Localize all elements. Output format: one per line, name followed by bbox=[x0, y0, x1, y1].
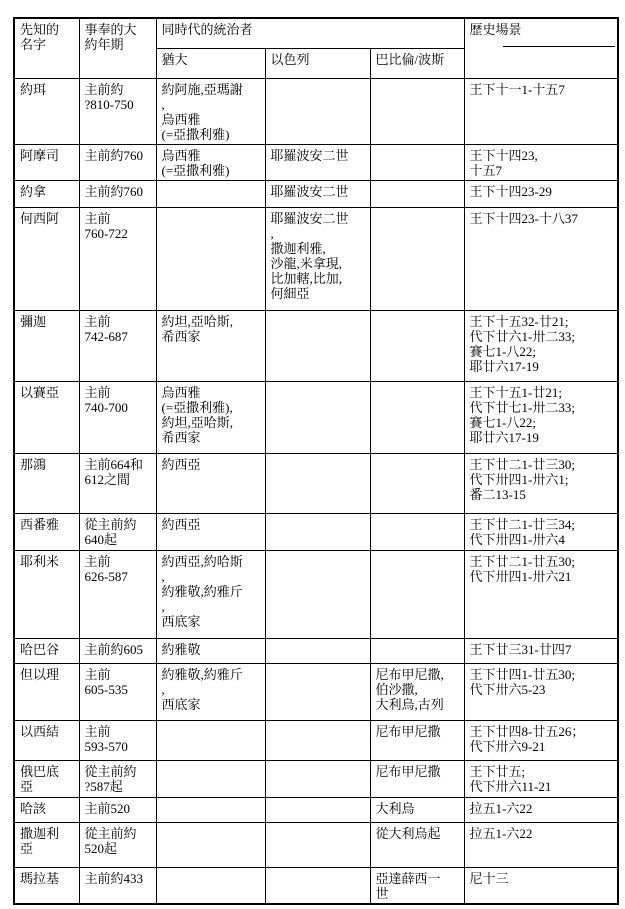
table-row: 彌迦 主前 742-687 約坦,亞哈斯, 希西家 王下十五32-廿21; 代下… bbox=[14, 310, 618, 381]
col-header-israel: 以色列 bbox=[265, 48, 370, 78]
cell-ruler-judah: 約西亞 bbox=[156, 453, 265, 513]
cell-ruler-judah: 約雅敬,約雅斤 , 西底家 bbox=[156, 663, 265, 720]
cell-history: 拉五1-六22 bbox=[464, 797, 618, 822]
cell-history: 拉五1-六22 bbox=[464, 822, 618, 867]
cell-ruler-israel bbox=[265, 513, 370, 550]
table-row: 撒迦利 亞 從主前約 520起 從大利烏起 拉五1-六22 bbox=[14, 822, 618, 867]
cell-history: 王下十四23, 十五7 bbox=[464, 144, 618, 180]
col-header-rulers-group: 同時代的統治者 bbox=[156, 18, 464, 48]
table-row: 何西阿 主前 760-722 耶羅波安二世 , 撒迦利雅, 沙龍,米拿現, 比加… bbox=[14, 207, 618, 310]
cell-ruler-judah bbox=[156, 867, 265, 904]
table-row: 耶利米 主前 626-587 約西亞,約哈斯 , 約雅敬,約雅斤 , 西底家 王… bbox=[14, 550, 618, 638]
cell-prophet-name: 阿摩司 bbox=[14, 144, 79, 180]
cell-history: 王下廿二1-廿三30; 代下卅四1-卅六1; 番二13-15 bbox=[464, 453, 618, 513]
cell-ruler-israel: 耶羅波安二世 , 撒迦利雅, 沙龍,米拿現, 比加轄,比加, 何細亞 bbox=[265, 207, 370, 310]
col-header-history: 歷史場景 bbox=[464, 18, 618, 78]
cell-ruler-babylon-persia bbox=[370, 513, 464, 550]
cell-history: 王下廿二1-廿三34; 代下卅四1-卅六4 bbox=[464, 513, 618, 550]
col-header-judah: 猶大 bbox=[156, 48, 265, 78]
table-row: 哈該 主前520 大利烏 拉五1-六22 bbox=[14, 797, 618, 822]
cell-history: 王下十四23-29 bbox=[464, 180, 618, 207]
cell-ruler-babylon-persia bbox=[370, 144, 464, 180]
header-cell-border-artifact bbox=[503, 46, 615, 47]
cell-ruler-babylon-persia bbox=[370, 453, 464, 513]
cell-ruler-israel bbox=[265, 453, 370, 513]
cell-period: 主前約760 bbox=[79, 180, 156, 207]
cell-prophet-name: 俄巴底 亞 bbox=[14, 760, 79, 797]
cell-ruler-judah: 烏西雅 (=亞撒利雅), 約坦,亞哈斯, 希西家 bbox=[156, 381, 265, 453]
cell-ruler-babylon-persia: 大利烏 bbox=[370, 797, 464, 822]
cell-period: 主前 605-535 bbox=[79, 663, 156, 720]
cell-history: 王下廿二1-廿五30; 代下卅四1-卅六21 bbox=[464, 550, 618, 638]
cell-period: 主前 626-587 bbox=[79, 550, 156, 638]
cell-ruler-judah bbox=[156, 797, 265, 822]
cell-period: 從主前約 520起 bbox=[79, 822, 156, 867]
table-row: 約珥 主前約 ?810-750 約阿施,亞瑪謝 , 烏西雅 (=亞撒利雅) 王下… bbox=[14, 78, 618, 144]
cell-prophet-name: 彌迦 bbox=[14, 310, 79, 381]
prophets-table-container: 先知的 名字 事奉的大 約年期 同時代的統治者 歷史場景 猶大 以色列 巴比倫/… bbox=[13, 17, 619, 905]
cell-ruler-israel bbox=[265, 720, 370, 760]
cell-period: 主前 740-700 bbox=[79, 381, 156, 453]
page: { "colors": { "background": "#ffffff", "… bbox=[0, 0, 625, 909]
cell-ruler-babylon-persia: 尼布甲尼撒, 伯沙撒, 大利烏,古列 bbox=[370, 663, 464, 720]
col-header-period: 事奉的大 約年期 bbox=[79, 18, 156, 78]
cell-history: 王下廿四8-廿五26； 代下卅六9-21 bbox=[464, 720, 618, 760]
cell-ruler-babylon-persia: 從大利烏起 bbox=[370, 822, 464, 867]
cell-ruler-judah: 約雅敬 bbox=[156, 638, 265, 663]
col-header-babylon-persia: 巴比倫/波斯 bbox=[370, 48, 464, 78]
cell-prophet-name: 以賽亞 bbox=[14, 381, 79, 453]
header-row-1: 先知的 名字 事奉的大 約年期 同時代的統治者 歷史場景 bbox=[14, 18, 618, 48]
cell-period: 主前520 bbox=[79, 797, 156, 822]
cell-history: 王下廿三31-廿四7 bbox=[464, 638, 618, 663]
cell-ruler-israel bbox=[265, 550, 370, 638]
cell-period: 主前 593-570 bbox=[79, 720, 156, 760]
cell-ruler-babylon-persia bbox=[370, 207, 464, 310]
cell-ruler-israel bbox=[265, 381, 370, 453]
cell-prophet-name: 以西結 bbox=[14, 720, 79, 760]
table-row: 以賽亞 主前 740-700 烏西雅 (=亞撒利雅), 約坦,亞哈斯, 希西家 … bbox=[14, 381, 618, 453]
table-row: 那鴻 主前664和 612之間 約西亞 王下廿二1-廿三30; 代下卅四1-卅六… bbox=[14, 453, 618, 513]
cell-ruler-babylon-persia bbox=[370, 638, 464, 663]
cell-history: 王下廿五; 代下卅六11-21 bbox=[464, 760, 618, 797]
cell-ruler-israel bbox=[265, 760, 370, 797]
col-header-prophet-name: 先知的 名字 bbox=[14, 18, 79, 78]
table-row: 約拿 主前約760 耶羅波安二世 王下十四23-29 bbox=[14, 180, 618, 207]
cell-ruler-judah bbox=[156, 180, 265, 207]
cell-history: 王下十一1-十五7 bbox=[464, 78, 618, 144]
cell-prophet-name: 約珥 bbox=[14, 78, 79, 144]
cell-prophet-name: 西番雅 bbox=[14, 513, 79, 550]
cell-ruler-israel bbox=[265, 663, 370, 720]
cell-ruler-babylon-persia bbox=[370, 78, 464, 144]
cell-ruler-israel bbox=[265, 867, 370, 904]
cell-ruler-judah: 約西亞,約哈斯 , 約雅敬,約雅斤 , 西底家 bbox=[156, 550, 265, 638]
table-row: 阿摩司 主前約760 烏西雅 (=亞撒利雅) 耶羅波安二世 王下十四23, 十五… bbox=[14, 144, 618, 180]
cell-ruler-israel bbox=[265, 638, 370, 663]
cell-ruler-judah bbox=[156, 207, 265, 310]
cell-ruler-judah bbox=[156, 760, 265, 797]
table-row: 但以理 主前 605-535 約雅敬,約雅斤 , 西底家 尼布甲尼撒, 伯沙撒,… bbox=[14, 663, 618, 720]
cell-period: 主前約433 bbox=[79, 867, 156, 904]
table-body: 約珥 主前約 ?810-750 約阿施,亞瑪謝 , 烏西雅 (=亞撒利雅) 王下… bbox=[14, 78, 618, 904]
table-row: 以西結 主前 593-570 尼布甲尼撒 王下廿四8-廿五26； 代下卅六9-2… bbox=[14, 720, 618, 760]
table-row: 瑪拉基 主前約433 亞達薛西一 世 尼十三 bbox=[14, 867, 618, 904]
cell-period: 主前 742-687 bbox=[79, 310, 156, 381]
cell-prophet-name: 何西阿 bbox=[14, 207, 79, 310]
cell-ruler-israel: 耶羅波安二世 bbox=[265, 144, 370, 180]
cell-ruler-judah: 約西亞 bbox=[156, 513, 265, 550]
cell-ruler-judah: 約阿施,亞瑪謝 , 烏西雅 (=亞撒利雅) bbox=[156, 78, 265, 144]
cell-ruler-babylon-persia bbox=[370, 180, 464, 207]
table-row: 俄巴底 亞 從主前約 ?587起 尼布甲尼撒 王下廿五; 代下卅六11-21 bbox=[14, 760, 618, 797]
cell-ruler-judah bbox=[156, 822, 265, 867]
cell-period: 從主前約 640起 bbox=[79, 513, 156, 550]
cell-prophet-name: 但以理 bbox=[14, 663, 79, 720]
cell-period: 主前約 ?810-750 bbox=[79, 78, 156, 144]
cell-prophet-name: 撒迦利 亞 bbox=[14, 822, 79, 867]
cell-prophet-name: 約拿 bbox=[14, 180, 79, 207]
cell-ruler-babylon-persia: 尼布甲尼撒 bbox=[370, 760, 464, 797]
table-header: 先知的 名字 事奉的大 約年期 同時代的統治者 歷史場景 猶大 以色列 巴比倫/… bbox=[14, 18, 618, 78]
cell-ruler-babylon-persia bbox=[370, 310, 464, 381]
prophets-table: 先知的 名字 事奉的大 約年期 同時代的統治者 歷史場景 猶大 以色列 巴比倫/… bbox=[13, 17, 619, 905]
table-row: 西番雅 從主前約 640起 約西亞 王下廿二1-廿三34; 代下卅四1-卅六4 bbox=[14, 513, 618, 550]
cell-ruler-babylon-persia bbox=[370, 381, 464, 453]
cell-prophet-name: 哈該 bbox=[14, 797, 79, 822]
cell-period: 主前664和 612之間 bbox=[79, 453, 156, 513]
cell-prophet-name: 哈巴谷 bbox=[14, 638, 79, 663]
cell-period: 主前 760-722 bbox=[79, 207, 156, 310]
cell-ruler-israel bbox=[265, 78, 370, 144]
cell-prophet-name: 瑪拉基 bbox=[14, 867, 79, 904]
cell-ruler-israel bbox=[265, 310, 370, 381]
cell-history: 王下十五32-廿21; 代下廿六1-卅二33; 賽七1-八22; 耶廿六17-1… bbox=[464, 310, 618, 381]
cell-ruler-babylon-persia: 亞達薛西一 世 bbox=[370, 867, 464, 904]
cell-ruler-babylon-persia bbox=[370, 550, 464, 638]
cell-ruler-judah: 約坦,亞哈斯, 希西家 bbox=[156, 310, 265, 381]
cell-prophet-name: 耶利米 bbox=[14, 550, 79, 638]
cell-ruler-israel bbox=[265, 797, 370, 822]
cell-ruler-israel: 耶羅波安二世 bbox=[265, 180, 370, 207]
cell-history: 尼十三 bbox=[464, 867, 618, 904]
cell-prophet-name: 那鴻 bbox=[14, 453, 79, 513]
cell-history: 王下十五1-廿21; 代下廿七1-卅二33; 賽七1-八22; 耶廿六17-19 bbox=[464, 381, 618, 453]
cell-ruler-judah bbox=[156, 720, 265, 760]
cell-period: 主前約605 bbox=[79, 638, 156, 663]
cell-ruler-babylon-persia: 尼布甲尼撒 bbox=[370, 720, 464, 760]
cell-ruler-israel bbox=[265, 822, 370, 867]
cell-history: 王下廿四1-廿五30; 代下卅六5-23 bbox=[464, 663, 618, 720]
cell-ruler-judah: 烏西雅 (=亞撒利雅) bbox=[156, 144, 265, 180]
cell-period: 主前約760 bbox=[79, 144, 156, 180]
cell-period: 從主前約 ?587起 bbox=[79, 760, 156, 797]
cell-history: 王下十四23-十八37 bbox=[464, 207, 618, 310]
table-row: 哈巴谷 主前約605 約雅敬 王下廿三31-廿四7 bbox=[14, 638, 618, 663]
